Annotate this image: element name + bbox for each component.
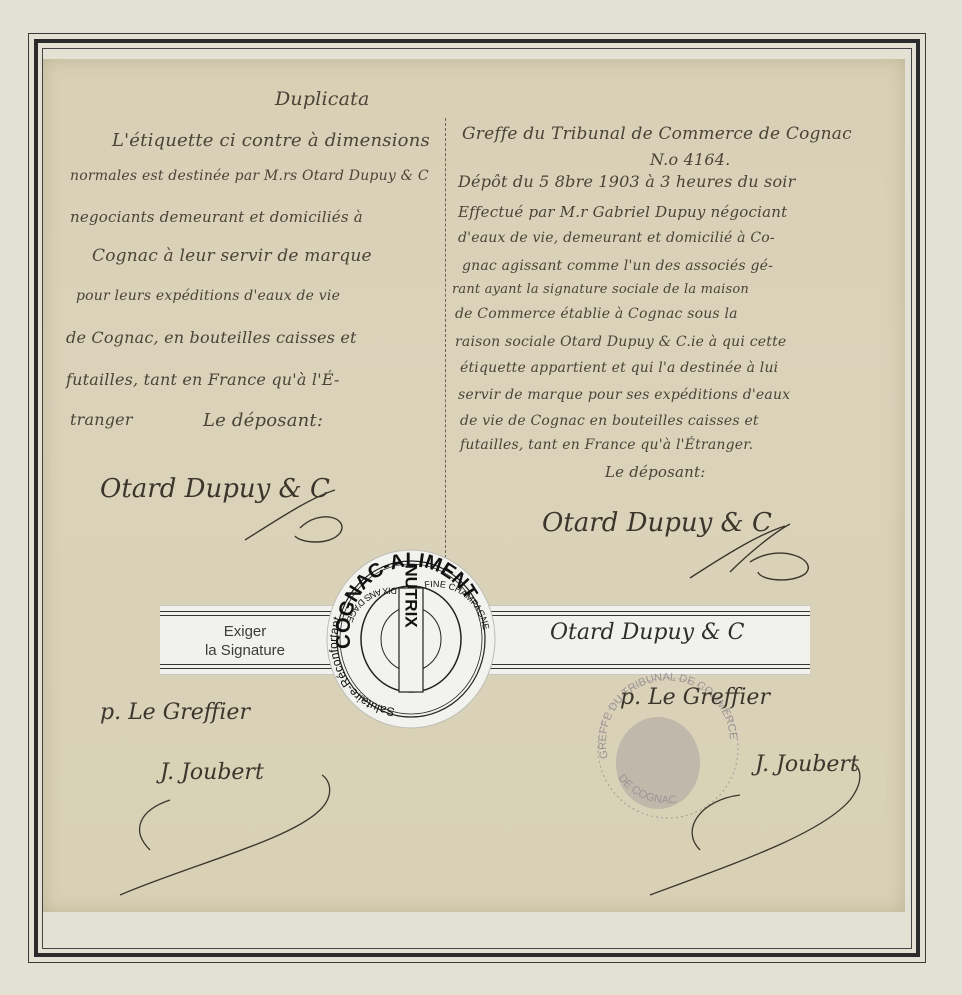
right-bottom-flourish [640,760,870,900]
left-greffier-signature: p. Le Greffier [100,700,250,725]
right-line-5: d'eaux de vie, demeurant et domicilié à … [458,230,775,246]
column-divider [445,118,446,558]
left-signature-flourish [240,488,360,548]
document-title: Duplicata [275,88,370,110]
cognac-aliment-medallion: COGNAC-ALIMENT Salutaire-Réconfortant NU… [325,548,497,730]
label-center-text: NUTRIX [402,564,421,628]
label-signature-text: la Signature [180,642,310,659]
right-signature-flourish [680,522,830,584]
label-exiger-text: Exiger [200,623,290,640]
left-line-1: L'étiquette ci contre à dimensions [112,130,430,151]
left-line-3: negociants demeurant et domiciliés à [70,208,363,226]
left-line-5: pour leurs expéditions d'eaux de vie [76,288,340,304]
right-line-9: raison sociale Otard Dupuy & C.ie à qui … [455,334,786,350]
right-line-13: futailles, tant en France qu'à l'Étrange… [460,437,753,453]
right-line-12: de vie de Cognac en bouteilles caisses e… [460,413,759,429]
left-bottom-flourish [110,770,350,900]
right-line-4: Effectué par M.r Gabriel Dupuy négociant [458,203,787,221]
left-line-4: Cognac à leur servir de marque [92,246,372,266]
right-line-11: servir de marque pour ses expéditions d'… [458,387,790,403]
registry-number: N.o 4164. [650,150,730,169]
right-line-3: Dépôt du 5 8bre 1903 à 3 heures du soir [458,172,795,191]
left-closing: Le déposant: [203,410,323,431]
right-line-1: Greffe du Tribunal de Commerce de Cognac [462,124,852,144]
left-line-7: futailles, tant en France qu'à l'É- [66,370,340,389]
right-line-7: rant ayant la signature sociale de la ma… [452,282,749,297]
right-line-10: étiquette appartient et qui l'a destinée… [460,360,778,376]
left-line-8: tranger [70,410,133,429]
right-line-8: de Commerce établie à Cognac sous la [455,306,738,322]
right-greffier-signature: p. Le Greffier [620,685,770,710]
right-closing: Le déposant: [605,463,706,481]
left-line-2: normales est destinée par M.rs Otard Dup… [70,168,429,184]
left-line-6: de Cognac, en bouteilles caisses et [66,328,357,347]
right-line-6: gnac agissant comme l'un des associés gé… [462,258,773,274]
label-signature: Otard Dupuy & C [550,620,744,645]
